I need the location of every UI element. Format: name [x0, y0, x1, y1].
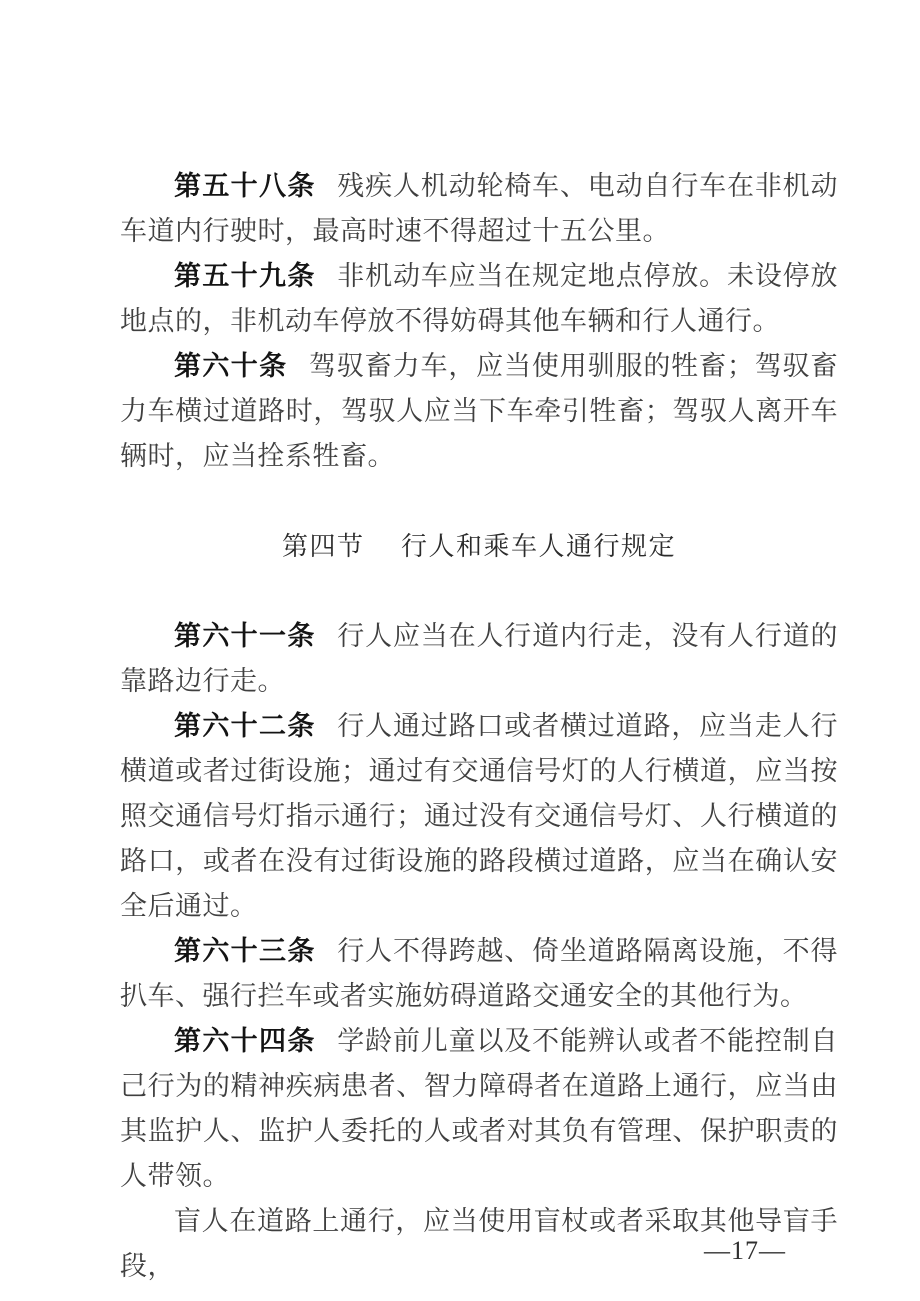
article-number: 第六十四条: [174, 1026, 316, 1056]
law-paragraph-article-63: 第六十三条行人不得跨越、倚坐道路隔离设施，不得扒车、强行拦车或者实施妨碍道路交通…: [120, 929, 838, 1019]
law-paragraph-article-59: 第五十九条非机动车应当在规定地点停放。未设停放地点的，非机动车停放不得妨碍其他车…: [120, 254, 838, 344]
law-paragraph-article-58: 第五十八条残疾人机动轮椅车、电动自行车在非机动车道内行驶时，最高时速不得超过十五…: [120, 164, 838, 254]
section-heading: 第四节行人和乘车人通行规定: [120, 524, 838, 569]
article-number: 第六十二条: [174, 711, 316, 741]
article-number: 第五十九条: [174, 261, 316, 291]
article-number: 第六十一条: [174, 621, 316, 651]
document-page: 第五十八条残疾人机动轮椅车、电动自行车在非机动车道内行驶时，最高时速不得超过十五…: [0, 0, 920, 1301]
section-heading-label: 第四节: [282, 532, 365, 561]
article-number: 第五十八条: [174, 171, 316, 201]
section-heading-title: 行人和乘车人通行规定: [401, 532, 676, 561]
law-paragraph-article-62: 第六十二条行人通过路口或者横过道路，应当走人行横道或者过街设施；通过有交通信号灯…: [120, 704, 838, 929]
article-number: 第六十三条: [174, 936, 316, 966]
law-paragraph-article-61: 第六十一条行人应当在人行道内行走，没有人行道的靠路边行走。: [120, 614, 838, 704]
article-text: 行人通过路口或者横过道路，应当走人行横道或者过街设施；通过有交通信号灯的人行横道…: [120, 711, 838, 921]
article-number: 第六十条: [174, 351, 287, 381]
law-paragraph-article-64: 第六十四条学龄前儿童以及不能辨认或者不能控制自己行为的精神疾病患者、智力障碍者在…: [120, 1019, 838, 1199]
page-content: 第五十八条残疾人机动轮椅车、电动自行车在非机动车道内行驶时，最高时速不得超过十五…: [120, 164, 838, 1289]
page-number: —17—: [704, 1236, 786, 1266]
law-paragraph-article-60: 第六十条驾驭畜力车，应当使用驯服的牲畜；驾驭畜力车横过道路时，驾驭人应当下车牵引…: [120, 344, 838, 479]
